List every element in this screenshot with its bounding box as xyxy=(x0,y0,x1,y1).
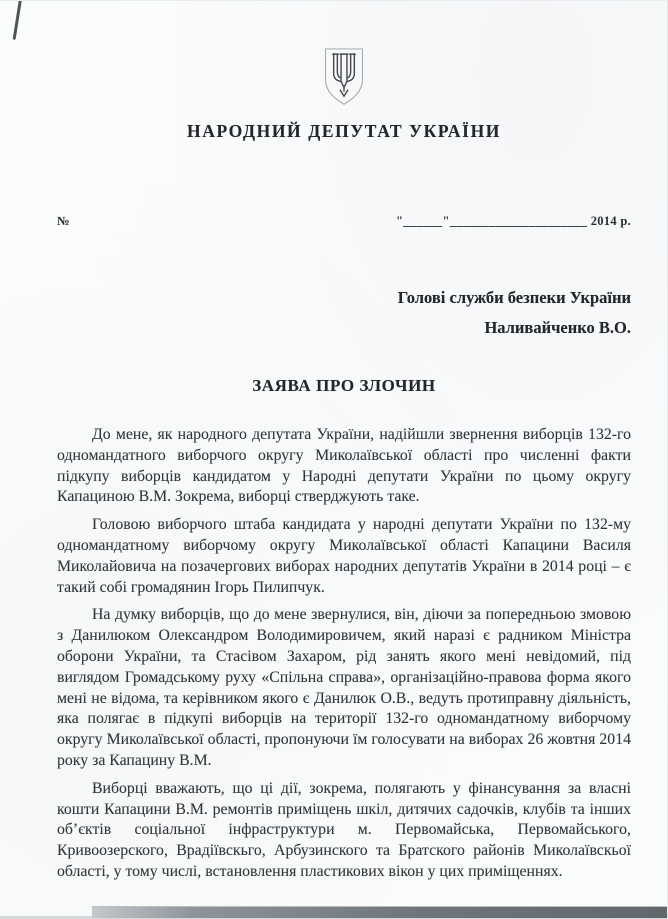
paragraph-1: До мене, як народного депутата України, … xyxy=(57,425,631,508)
document-body: До мене, як народного депутата України, … xyxy=(57,425,631,883)
scanned-document-page: { "document": { "emblem_name": "ukraine-… xyxy=(0,0,668,919)
addressee-line-2: Наливайченко В.О. xyxy=(57,313,631,343)
subject-title: ЗАЯВА ПРО ЗЛОЧИН xyxy=(57,376,631,396)
scan-artifact-bottom-bar xyxy=(92,906,667,918)
addressee-block: Голові служби безпеки України Наливайчен… xyxy=(57,283,631,343)
paragraph-2: Головою виборчого штаба кандидата у наро… xyxy=(57,515,631,598)
document-sheet: НАРОДНИЙ ДЕПУТАТ УКРАЇНИ № "______"_____… xyxy=(0,1,667,919)
reference-number-label: № xyxy=(57,214,70,229)
letterhead-title: НАРОДНИЙ ДЕПУТАТ УКРАЇНИ xyxy=(57,121,631,142)
addressee-line-1: Голові служби безпеки України xyxy=(57,283,631,313)
reference-date-line: "______"_____________________ 2014 р. xyxy=(396,214,631,229)
paragraph-4: Виборці вважають, що ці дії, зокрема, по… xyxy=(57,779,631,883)
ukraine-trident-emblem-icon xyxy=(321,46,367,108)
paragraph-3: На думку виборців, що до мене звернулися… xyxy=(57,605,631,771)
reference-row: № "______"_____________________ 2014 р. xyxy=(57,214,631,229)
